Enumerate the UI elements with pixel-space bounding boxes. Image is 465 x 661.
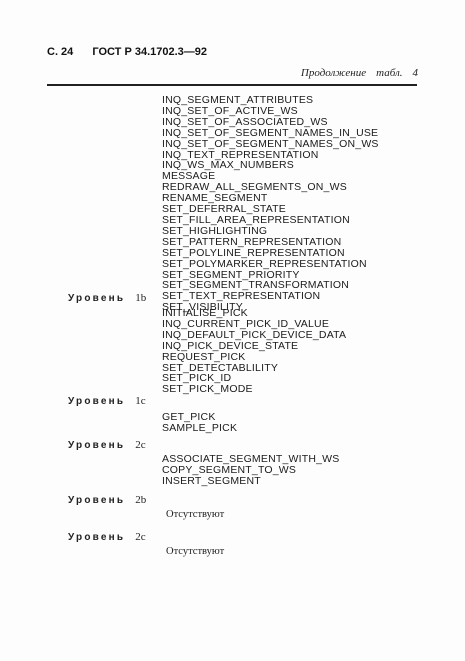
- page-number: С. 24: [47, 46, 73, 58]
- level-code: 1b: [135, 292, 146, 304]
- function-list: GET_PICK SAMPLE_PICK: [162, 412, 237, 434]
- page-header: С. 24 ГОСТ Р 34.1702.3—92: [47, 46, 207, 58]
- function-item: SET_POLYLINE_REPRESENTATION: [162, 248, 379, 259]
- level-code: 2c: [135, 531, 145, 543]
- function-item: SET_POLYMARKER_REPRESENTATION: [162, 259, 379, 270]
- level-heading: Уровень2c: [68, 531, 146, 543]
- level-label: Уровень: [68, 495, 125, 506]
- level-code: 2c: [135, 439, 145, 451]
- function-item: INQ_PICK_DEVICE_STATE: [162, 341, 346, 352]
- function-list: INQ_SEGMENT_ATTRIBUTES INQ_SET_OF_ACTIVE…: [162, 95, 379, 313]
- table-number: 4: [413, 67, 419, 79]
- function-list: ASSOCIATE_SEGMENT_WITH_WS COPY_SEGMENT_T…: [162, 454, 340, 487]
- header-rule: [47, 84, 417, 86]
- function-list: INITIALISE_PICK INQ_CURRENT_PICK_ID_VALU…: [162, 308, 346, 395]
- level-label: Уровень: [68, 440, 125, 451]
- function-item: SAMPLE_PICK: [162, 423, 237, 434]
- table-label: табл.: [376, 67, 402, 79]
- level-heading: Уровень1c: [68, 395, 146, 407]
- level-code: 2b: [135, 494, 146, 506]
- level-heading: Уровень2c: [68, 439, 146, 451]
- continuation-label: Продолжение: [301, 67, 366, 79]
- level-code: 1c: [135, 395, 145, 407]
- absent-note: Отсутствуют: [166, 509, 224, 520]
- level-label: Уровень: [68, 396, 125, 407]
- level-label: Уровень: [68, 532, 125, 543]
- function-item: INSERT_SEGMENT: [162, 476, 340, 487]
- level-heading: Уровень1b: [68, 292, 146, 304]
- standard-id: ГОСТ Р 34.1702.3—92: [92, 46, 207, 58]
- function-item: REQUEST_PICK: [162, 352, 346, 363]
- function-item: INQ_SET_OF_SEGMENT_NAMES_IN_USE: [162, 128, 379, 139]
- table-continuation: Продолжениетабл.4: [301, 67, 418, 79]
- level-label: Уровень: [68, 293, 125, 304]
- function-item: INQ_SET_OF_SEGMENT_NAMES_ON_WS: [162, 139, 379, 150]
- function-item: SET_PICK_MODE: [162, 384, 346, 395]
- level-heading: Уровень2b: [68, 494, 146, 506]
- absent-note: Отсутствуют: [166, 546, 224, 557]
